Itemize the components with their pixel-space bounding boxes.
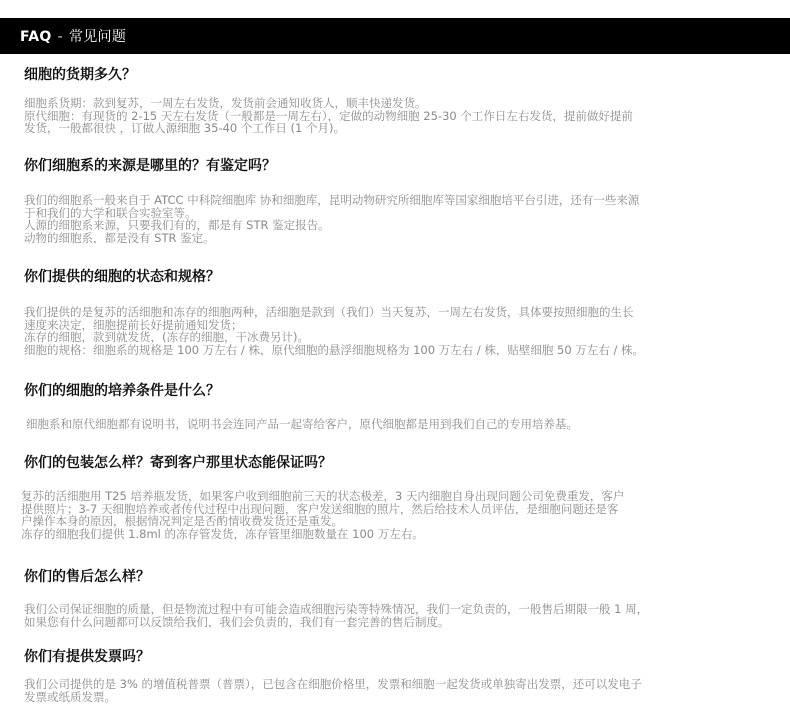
answer-line: 速度来决定，细胞提前长好提前通知发货； (24, 319, 772, 332)
header-separator: - (58, 29, 63, 45)
faq-answer: 我们公司保证细胞的质量，但是物流过程中有可能会造成细胞污染等特殊情况，我们一定负… (24, 603, 772, 628)
answer-line: 冻存的细胞，款到就发货，(冻存的细胞，干冰费另计)。 (24, 331, 772, 344)
faq-answer: 细胞系货期：款到复苏，一周左右发货，发货前会通知收货人，顺丰快递发货。 原代细胞… (24, 97, 772, 135)
answer-line: 细胞的规格：细胞系的规格是 100 万左右 / 株，原代细胞的悬浮细胞规格为 1… (24, 344, 772, 357)
answer-line: 人源的细胞系来源，只要我们有的，都是有 STR 鉴定报告。 (24, 219, 772, 232)
answer-line: 动物的细胞系，都是没有 STR 鉴定。 (24, 232, 772, 245)
answer-line: 冻存的细胞我们提供 1.8ml 的冻存管发货，冻存管里细胞数量在 100 万左右… (21, 528, 769, 541)
faq-question: 细胞的货期多久？ (24, 66, 136, 84)
answer-line: 发货，一般都很快 ，订做人源细胞 35-40 个工作日 (1 个月)。 (24, 122, 772, 135)
answer-line: 复苏的活细胞用 T25 培养瓶发货，如果客户收到细胞前三天的状态极差，3 天内细… (21, 490, 769, 503)
answer-line: 细胞系货期：款到复苏，一周左右发货，发货前会通知收货人，顺丰快递发货。 (24, 97, 772, 110)
answer-line: 于和我们的大学和联合实验室等。 (24, 207, 772, 220)
faq-header-bar: FAQ-常见问题 (0, 18, 790, 54)
answer-line: 提供照片；3-7 天细胞培养或者传代过程中出现问题，客户发送细胞的照片，然后给技… (21, 503, 769, 516)
faq-header-title: FAQ-常见问题 (20, 26, 126, 46)
answer-line: 发票或纸质发票。 (24, 691, 772, 704)
answer-line: 我们的细胞系一般来自于 ATCC 中科院细胞库 协和细胞库，昆明动物研究所细胞库… (24, 194, 772, 207)
faq-answer: 我们的细胞系一般来自于 ATCC 中科院细胞库 协和细胞库，昆明动物研究所细胞库… (24, 194, 772, 244)
answer-line: 如果您有什么问题都可以反馈给我们，我们会负责的，我们有一套完善的售后制度。 (24, 616, 772, 629)
faq-question: 你们的包装怎么样？寄到客户那里状态能保证吗？ (24, 454, 332, 472)
answer-line: 原代细胞：有现货的 2-15 天左右发货（一般都是一周左右），定做的动物细胞 2… (24, 110, 772, 123)
faq-question: 你们的细胞的培养条件是什么？ (24, 382, 220, 400)
faq-question: 你们有提供发票吗？ (24, 648, 150, 666)
answer-line: 户操作本身的原因，根据情况判定是否酌情收费发货还是重发。 (21, 515, 769, 528)
answer-line: 细胞系和原代细胞都有说明书，说明书会连同产品一起寄给客户，原代细胞都是用到我们自… (26, 418, 774, 431)
faq-answer: 复苏的活细胞用 T25 培养瓶发货，如果客户收到细胞前三天的状态极差，3 天内细… (21, 490, 769, 540)
header-subtitle: 常见问题 (69, 29, 126, 45)
faq-answer: 细胞系和原代细胞都有说明书，说明书会连同产品一起寄给客户，原代细胞都是用到我们自… (26, 418, 774, 431)
answer-line: 我们提供的是复苏的活细胞和冻存的细胞两种，活细胞是款到（我们）当天复苏，一周左右… (24, 306, 772, 319)
faq-question: 你们细胞系的来源是哪里的？有鉴定吗？ (24, 157, 276, 175)
answer-line: 我们公司提供的是 3% 的增值税普票（普票），已包含在细胞价格里，发票和细胞一起… (24, 678, 772, 691)
faq-question: 你们的售后怎么样？ (24, 568, 150, 586)
faq-answer: 我们提供的是复苏的活细胞和冻存的细胞两种，活细胞是款到（我们）当天复苏，一周左右… (24, 306, 772, 356)
faq-answer: 我们公司提供的是 3% 的增值税普票（普票），已包含在细胞价格里，发票和细胞一起… (24, 678, 772, 703)
header-title-text: FAQ (20, 29, 52, 45)
answer-line: 我们公司保证细胞的质量，但是物流过程中有可能会造成细胞污染等特殊情况，我们一定负… (24, 603, 772, 616)
faq-question: 你们提供的细胞的状态和规格？ (24, 268, 220, 286)
